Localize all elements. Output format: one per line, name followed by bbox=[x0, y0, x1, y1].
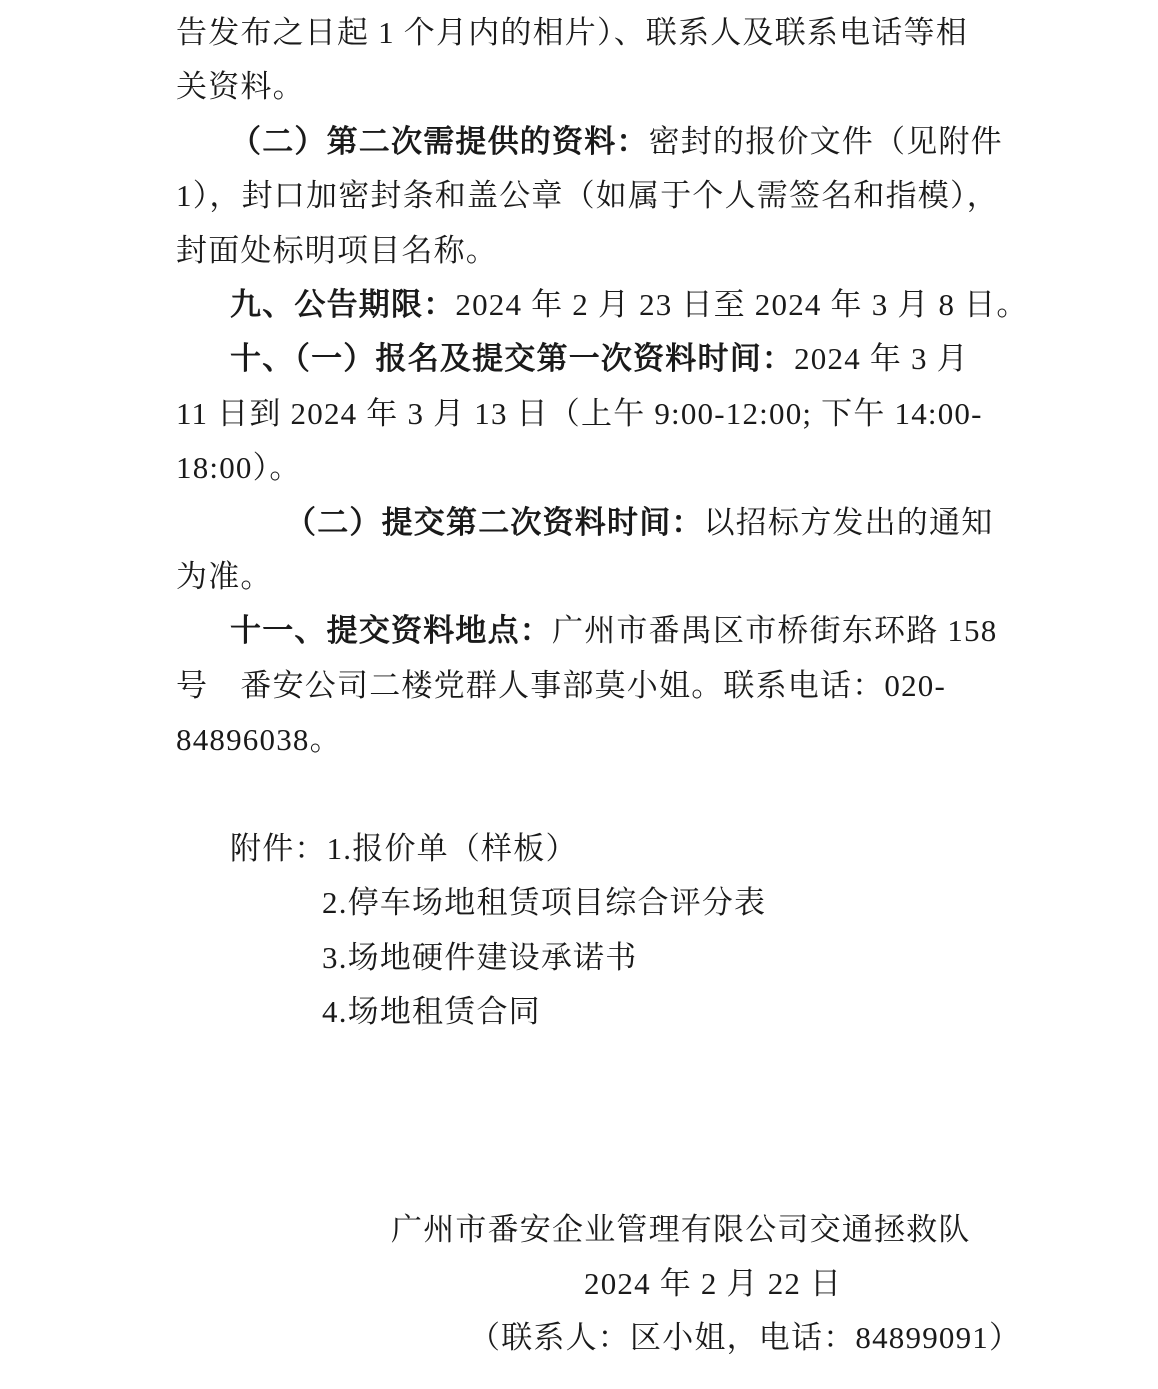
document-page: 告发布之日起 1 个月内的相片）、联系人及联系电话等相 关资料。 （二）第二次需… bbox=[0, 0, 1158, 1389]
signature-date: 2024 年 2 月 22 日 bbox=[584, 1266, 842, 1301]
bold-heading: 九、公告期限： bbox=[230, 287, 455, 322]
attachment-item: 3.场地硬件建设承诺书 bbox=[322, 940, 637, 975]
line-text: 告发布之日起 1 个月内的相片）、联系人及联系电话等相 bbox=[176, 15, 968, 50]
attachment-line-4: 4.场地租赁合同 bbox=[176, 985, 1008, 1039]
document-body: 告发布之日起 1 个月内的相片）、联系人及联系电话等相 关资料。 （二）第二次需… bbox=[0, 0, 1158, 1366]
line-sealing-instructions: 1），封口加密封条和盖公章（如属于个人需签名和指模）， bbox=[176, 169, 1008, 223]
line-text: 1），封口加密封条和盖公章（如属于个人需签名和指模）， bbox=[176, 178, 999, 213]
line-text: 关资料。 bbox=[176, 69, 305, 104]
attachment-item: 4.场地租赁合同 bbox=[322, 994, 541, 1029]
line-text: 以招标方发出的通知 bbox=[704, 505, 994, 540]
line-text: 84896038。 bbox=[176, 722, 342, 757]
signature-date-line: 2024 年 2 月 22 日 bbox=[176, 1257, 1008, 1311]
line-related-materials-end: 关资料。 bbox=[176, 60, 1008, 114]
signature-company-line: 广州市番安企业管理有限公司交通拯救队 bbox=[176, 1203, 1008, 1257]
attachment-label: 附件： bbox=[230, 831, 327, 866]
attachment-line-2: 2.停车场地租赁项目综合评分表 bbox=[176, 876, 1008, 930]
attachment-line-3: 3.场地硬件建设承诺书 bbox=[176, 931, 1008, 985]
bold-heading: （二）第二次需提供的资料： bbox=[230, 124, 649, 159]
blank-line bbox=[176, 767, 1008, 821]
line-text: 11 日到 2024 年 3 月 13 日（上午 9:00-12:00; 下午 … bbox=[176, 396, 983, 431]
line-second-submission-time: （二）提交第二次资料时间：以招标方发出的通知 bbox=[176, 496, 1008, 550]
line-contact-phone-number: 84896038。 bbox=[176, 713, 1008, 767]
blank-block bbox=[176, 1039, 1008, 1202]
signature-contact-line: （联系人：区小姐，电话：84899091） bbox=[176, 1311, 1008, 1365]
bold-heading: （二）提交第二次资料时间： bbox=[285, 505, 704, 540]
line-text: 2024 年 2 月 23 日至 2024 年 3 月 8 日。 bbox=[455, 287, 1028, 322]
line-text: 密封的报价文件（见附件 bbox=[649, 124, 1003, 159]
attachment-item: 2.停车场地租赁项目综合评分表 bbox=[322, 885, 766, 920]
bold-heading: 十、（一）报名及提交第一次资料时间： bbox=[230, 341, 794, 376]
signature-contact: （联系人：区小姐，电话：84899091） bbox=[469, 1320, 1021, 1355]
line-text: 18:00）。 bbox=[176, 450, 302, 485]
line-second-materials-heading: （二）第二次需提供的资料：密封的报价文件（见附件 bbox=[176, 115, 1008, 169]
line-text: 封面处标明项目名称。 bbox=[176, 233, 498, 268]
line-notice-period: 九、公告期限：2024 年 2 月 23 日至 2024 年 3 月 8 日。 bbox=[176, 278, 1008, 332]
line-submission-address-heading: 十一、提交资料地点：广州市番禺区市桥街东环路 158 bbox=[176, 604, 1008, 658]
line-second-submission-time-end: 为准。 bbox=[176, 550, 1008, 604]
line-registration-time-cont: 11 日到 2024 年 3 月 13 日（上午 9:00-12:00; 下午 … bbox=[176, 387, 1008, 441]
line-text: 2024 年 3 月 bbox=[794, 341, 969, 376]
bold-heading: 十一、提交资料地点： bbox=[230, 613, 552, 648]
attachment-item: 1.报价单（样板） bbox=[327, 831, 578, 866]
line-submission-address-cont: 号 番安公司二楼党群人事部莫小姐。联系电话：020- bbox=[176, 659, 1008, 713]
line-text: 广州市番禺区市桥街东环路 158 bbox=[552, 613, 997, 648]
attachment-line-1: 附件：1.报价单（样板） bbox=[176, 822, 1008, 876]
line-text: 为准。 bbox=[176, 559, 273, 594]
signature-company: 广州市番安企业管理有限公司交通拯救队 bbox=[391, 1212, 971, 1247]
line-registration-time-heading: 十、（一）报名及提交第一次资料时间：2024 年 3 月 bbox=[176, 332, 1008, 386]
line-text: 号 番安公司二楼党群人事部莫小姐。联系电话：020- bbox=[176, 668, 946, 703]
line-cover-title-note: 封面处标明项目名称。 bbox=[176, 224, 1008, 278]
line-photo-deadline-cont: 告发布之日起 1 个月内的相片）、联系人及联系电话等相 bbox=[176, 6, 1008, 60]
line-registration-time-end: 18:00）。 bbox=[176, 441, 1008, 495]
